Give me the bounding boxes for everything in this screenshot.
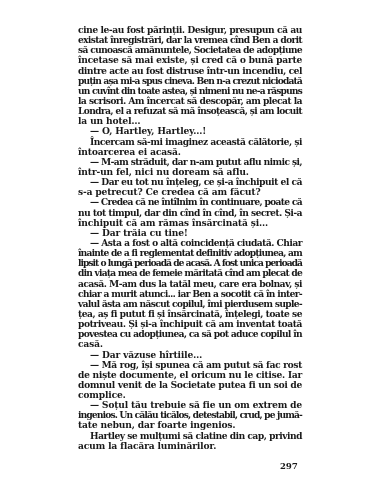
- text-line: casă.: [78, 340, 302, 350]
- text-line: din viața mea de femeie măritată cînd am…: [78, 269, 302, 279]
- text-line: povestea cu adopțiunea, ca să pot aduce …: [78, 330, 302, 340]
- page-number: 297: [280, 462, 298, 472]
- text-line: — Credea că ne întîlnim în continuare, p…: [78, 198, 302, 208]
- text-line: acum la flacăra luminărilor.: [78, 442, 302, 452]
- book-page-text: cine le-au fost părinții. Desigur, presu…: [78, 26, 302, 452]
